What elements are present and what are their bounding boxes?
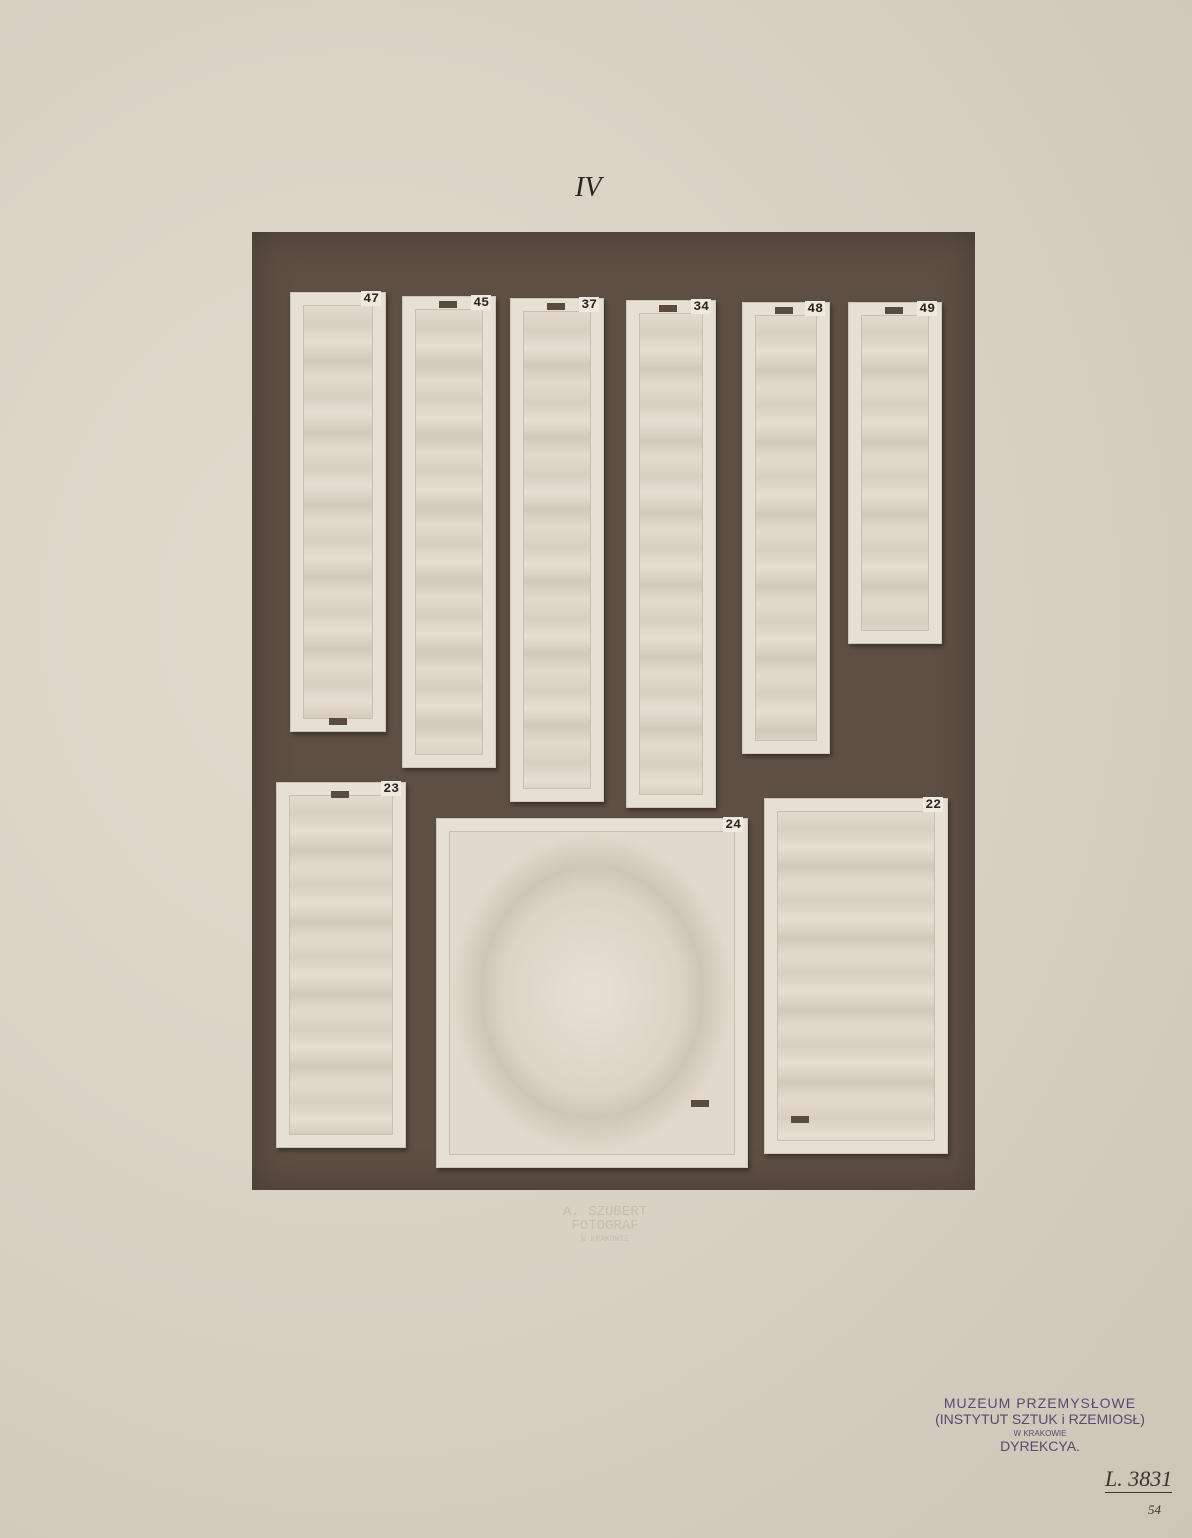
panel-label: 23 [381,781,401,796]
panel-label: 34 [691,299,711,314]
panel-22: 22 [764,798,948,1154]
panel-label: 48 [805,301,825,316]
inventory-sub: 54 [1148,1502,1161,1518]
panel-45: 45 [402,296,496,768]
panel-label: 47 [361,291,381,306]
photograph: 47 45 37 34 48 49 23 24 22 [252,232,975,1190]
photographer-blindstamp: A. SZUBERT FOTOGRAF W KRAKOWIE [535,1205,675,1247]
panel-23: 23 [276,782,406,1148]
inventory-number: L. 3831 [1105,1466,1172,1493]
panel-47: 47 [290,292,386,732]
panel-24: 24 [436,818,748,1168]
plate-number: IV [575,172,601,204]
panel-label: 49 [917,301,937,316]
panel-label: 24 [723,817,743,832]
panel-48: 48 [742,302,830,754]
museum-stamp: MUZEUM PRZEMYSŁOWE (INSTYTUT SZTUK i RZE… [915,1395,1165,1454]
panel-49: 49 [848,302,942,644]
panel-37: 37 [510,298,604,802]
panel-label: 37 [579,297,599,312]
panel-34: 34 [626,300,716,808]
panel-label: 45 [471,295,491,310]
panel-label: 22 [923,797,943,812]
